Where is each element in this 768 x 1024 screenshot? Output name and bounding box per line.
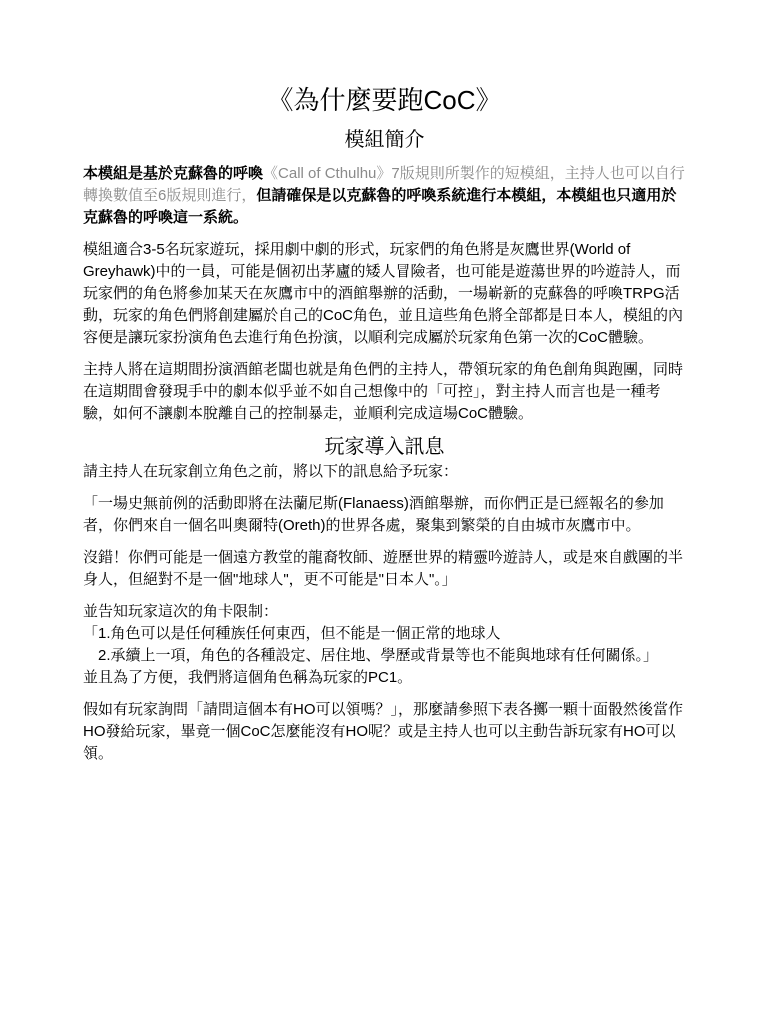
document-title: 《為什麼要跑CoC》: [83, 84, 686, 116]
paragraph-pc1-note: 並且為了方便，我們將這個角色稱為玩家的PC1。: [83, 667, 686, 689]
paragraph-module-overview: 模組適合3-5名玩家遊玩，採用劇中劇的形式，玩家們的角色將是灰鷹世界(World…: [83, 239, 686, 349]
section-heading-player-intro: 玩家導入訊息: [83, 435, 686, 460]
character-restriction-block: 並告知玩家這次的角卡限制： 「1.角色可以是任何種族任何東西，但不能是一個正常的…: [83, 601, 686, 689]
paragraph-ho-note: 假如有玩家詢問「請問這個本有HO可以領嗎？」，那麼請參照下表各擲一顆十面骰然後當…: [83, 699, 686, 765]
paragraph-event-announcement-quote: 「一場史無前例的活動即將在法蘭尼斯(Flanaess)酒館舉辦，而你們正是已經報…: [83, 493, 686, 537]
document-page: 《為什麼要跑CoC》 模組簡介 本模組是基於克蘇魯的呼喚《Call of Cth…: [0, 0, 768, 1024]
restriction-rule-2: 2.承續上一項，角色的各種設定、居住地、學歷或背景等也不能與地球有任何關係。」: [83, 645, 686, 667]
section-heading-module-intro: 模組簡介: [83, 128, 686, 153]
paragraph-restriction-lead: 並告知玩家這次的角卡限制：: [83, 601, 686, 623]
paragraph-character-race-quote: 沒錯！你們可能是一個遠方教堂的龍裔牧師、遊歷世界的精靈吟遊詩人，或是來自戲團的半…: [83, 547, 686, 591]
restriction-rule-1: 「1.角色可以是任何種族任何東西，但不能是一個正常的地球人: [83, 623, 686, 645]
module-basis-bold-lead: 本模組是基於克蘇魯的呼喚: [83, 165, 263, 182]
paragraph-keeper-role: 主持人將在這期間扮演酒館老闆也就是角色們的主持人，帶領玩家的角色創角與跑團，同時…: [83, 359, 686, 425]
paragraph-module-basis: 本模組是基於克蘇魯的呼喚《Call of Cthulhu》7版規則所製作的短模組…: [83, 163, 686, 229]
paragraph-player-intro-lead: 請主持人在玩家創立角色之前，將以下的訊息給予玩家：: [83, 461, 686, 483]
